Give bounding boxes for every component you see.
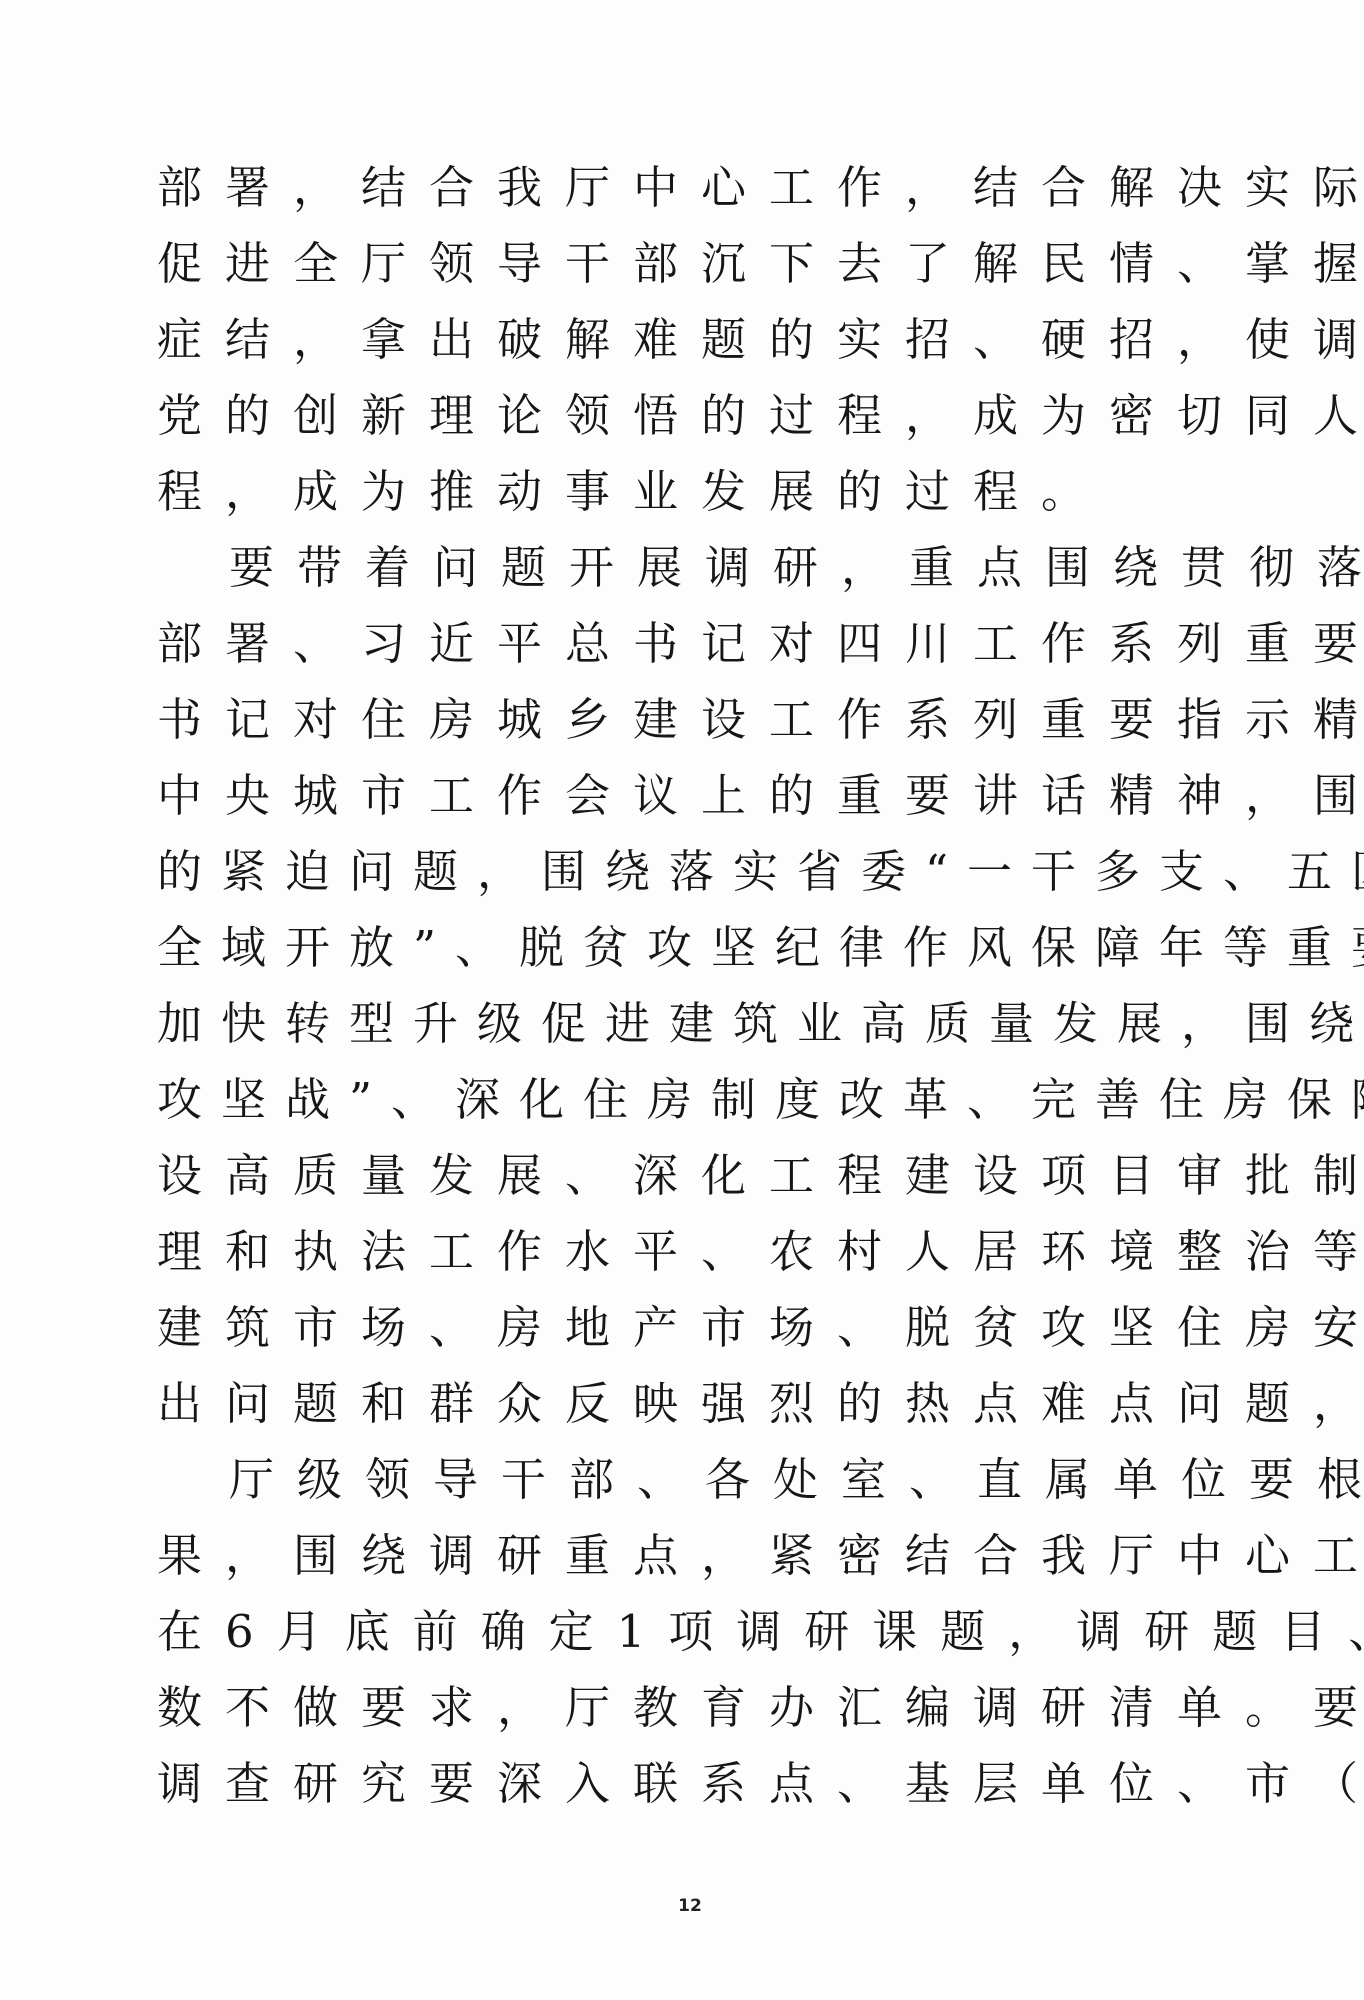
- text-line-2: 促进全厅领导干部沉下去了解民情、掌握实情，搞清楚问题、: [157, 226, 1257, 302]
- text-line-22: 调查研究要深入联系点、基层单位、市（州）住房城乡建设行: [157, 1746, 1257, 1822]
- text-line-17: 出问题和群众反映强烈的热点难点问题，进行调研。: [157, 1366, 1257, 1442]
- text-line-5: 程，成为推动事业发展的过程。: [157, 454, 1257, 530]
- text-line-15: 理和执法工作水平、农村人居环境整治等重点工作，围绕解决: [157, 1214, 1257, 1290]
- text-line-11: 全域开放”、脱贫攻坚纪律作风保障年等重要战略决策部署围绕: [157, 910, 1257, 986]
- text-line-21: 数不做要求，厅教育办汇编调研清单。要从严从实开展调研，: [157, 1670, 1257, 1746]
- paragraph-start-line-18: 厅级领导干部、各处室、直属单位要根据集中学习理论成: [229, 1442, 1329, 1518]
- page-number: 12: [660, 1896, 720, 1916]
- text-line-16: 建筑市场、房地产市场、脱贫攻坚住房安全保障等重点领域突: [157, 1290, 1257, 1366]
- text-line-1: 部署，结合我厅中心工作，结合解决实际问题，结合征求意见，: [157, 150, 1257, 226]
- paragraph-start-line-6: 要带着问题开展调研，重点围绕贯彻落实党中央重大决策: [229, 530, 1329, 606]
- document-page: 部署，结合我厅中心工作，结合解决实际问题，结合征求意见， 促进全厅领导干部沉下去…: [0, 0, 1364, 2000]
- text-line-13: 攻坚战”、深化住房制度改革、完善住房保障体系、推进城镇建: [157, 1062, 1257, 1138]
- text-line-14: 设高质量发展、深化工程建设项目审批制度改革、提升城市管: [157, 1138, 1257, 1214]
- text-line-3: 症结，拿出破解难题的实招、硬招，使调研的过程成为加深对: [157, 302, 1257, 378]
- text-line-12: 加快转型升级促进建筑业高质量发展，围绕打好住建领域“三大: [157, 986, 1257, 1062]
- text-line-10: 的紧迫问题，围绕落实省委“一干多支、五区协同”“四向拓展、: [157, 834, 1257, 910]
- text-line-8: 书记对住房城乡建设工作系列重要指示精神、习近平总书记在: [157, 682, 1257, 758]
- text-line-4: 党的创新理论领悟的过程，成为密切同人民群众血肉联系的过: [157, 378, 1257, 454]
- text-line-9: 中央城市工作会议上的重要讲话精神，围绕解决党的建设面临: [157, 758, 1257, 834]
- text-line-7: 部署、习近平总书记对四川工作系列重要指示精神、习近平总: [157, 606, 1257, 682]
- text-line-20: 在6月底前确定1项调研课题，调研题目、调研方式、篇幅字: [157, 1594, 1257, 1670]
- text-line-19: 果，围绕调研重点，紧密结合我厅中心工作及本职工作实际，: [157, 1518, 1257, 1594]
